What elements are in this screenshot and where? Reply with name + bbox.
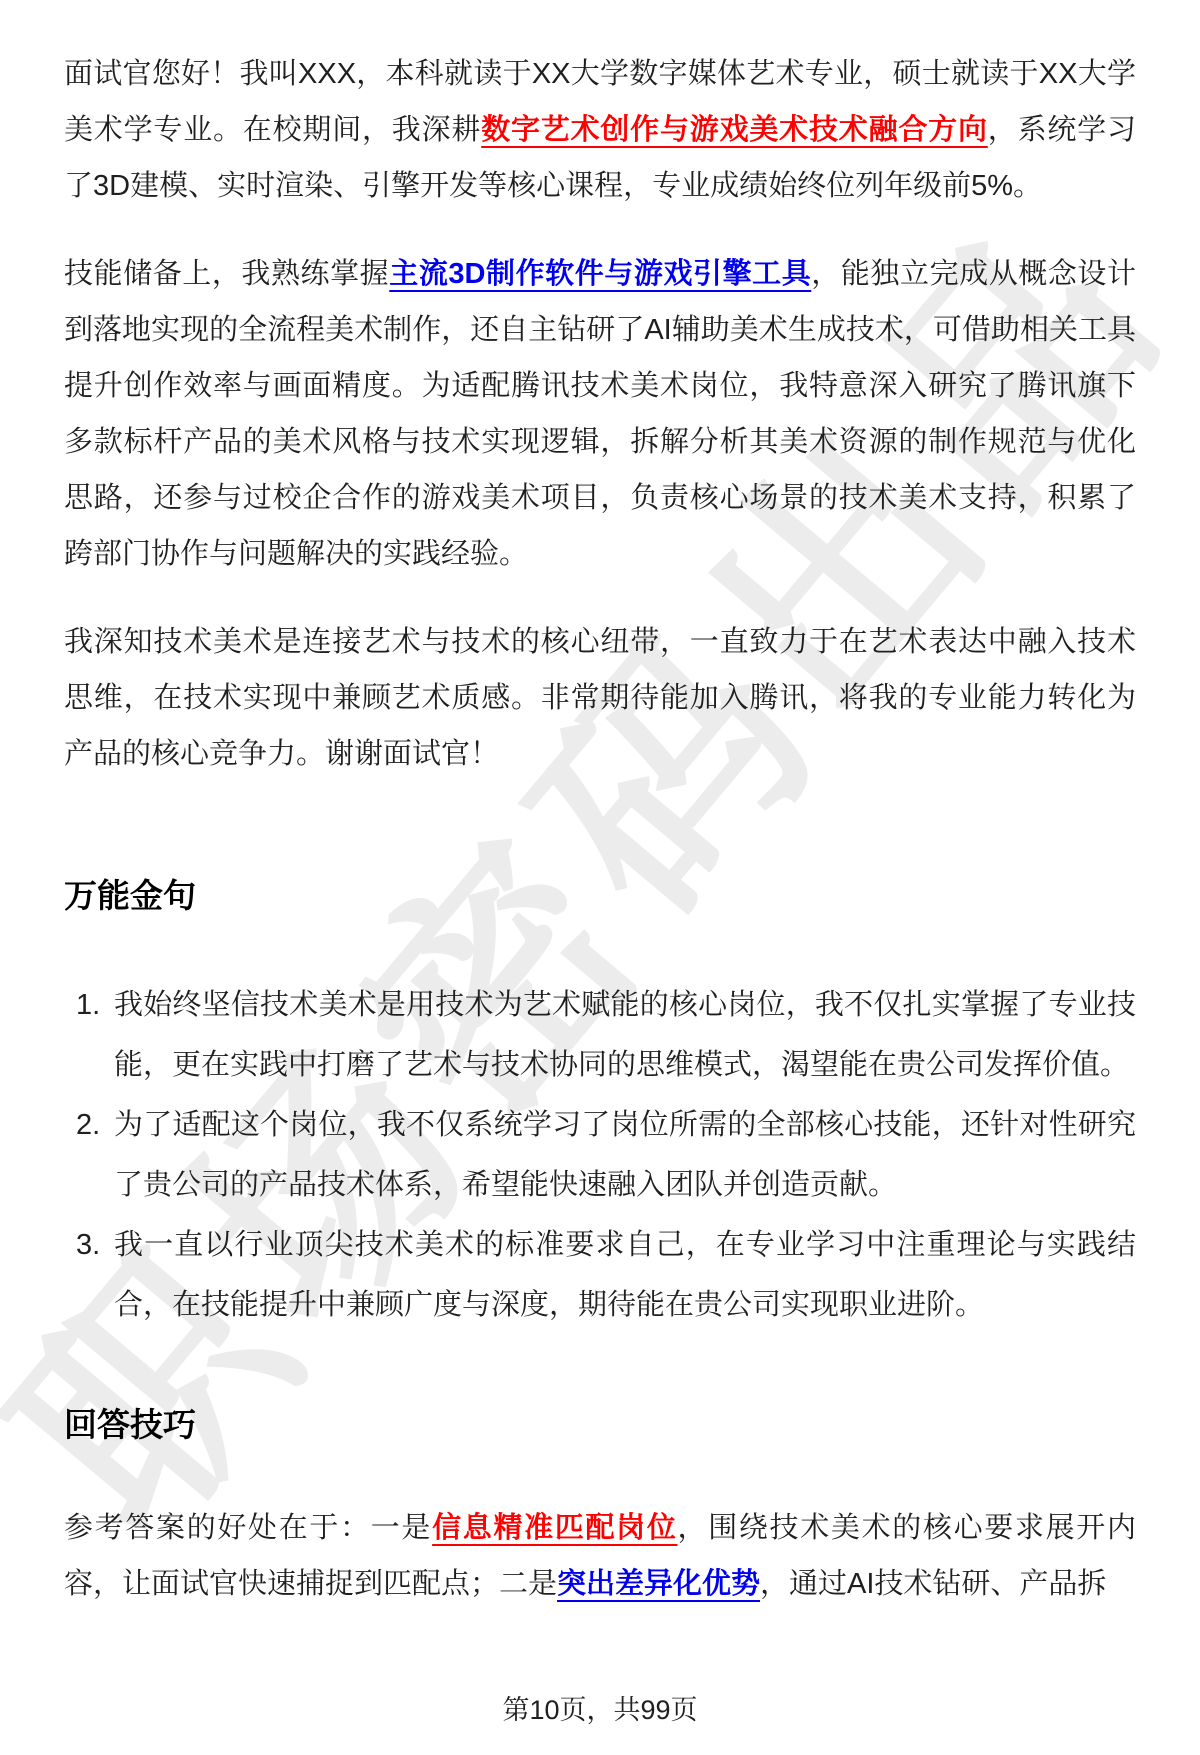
golden-sentences-heading: 万能金句 — [64, 870, 1136, 917]
answer-tips-paragraph: 参考答案的好处在于：一是信息精准匹配岗位，围绕技术美术的核心要求展开内容，让面试… — [64, 1500, 1136, 1612]
tips-highlight-red: 信息精准匹配岗位 — [432, 1512, 677, 1544]
skills-text-after: ，能独立完成从概念设计到落地实现的全流程美术制作，还自主钻研了AI辅助美术生成技… — [64, 258, 1136, 570]
list-item: 2. 为了适配这个岗位，我不仅系统学习了岗位所需的全部核心技能，还针对性研究了贵… — [64, 1095, 1136, 1215]
answer-tips-heading: 回答技巧 — [64, 1399, 1136, 1446]
page-footer: 第10页，共99页 — [0, 1688, 1200, 1727]
skills-highlight-blue: 主流3D制作软件与游戏引擎工具 — [389, 258, 811, 290]
document-page: 职场密码出品 面试官您好！我叫XXX，本科就读于XX大学数字媒体艺术专业，硕士就… — [0, 0, 1200, 1755]
list-item-text: 为了适配这个岗位，我不仅系统学习了岗位所需的全部核心技能，还针对性研究了贵公司的… — [114, 1095, 1136, 1215]
list-item-text: 我始终坚信技术美术是用技术为艺术赋能的核心岗位，我不仅扎实掌握了专业技能，更在实… — [114, 975, 1136, 1095]
intro-highlight-red: 数字艺术创作与游戏美术技术融合方向 — [481, 114, 988, 146]
list-item: 3. 我一直以行业顶尖技术美术的标准要求自己，在专业学习中注重理论与实践结合，在… — [64, 1215, 1136, 1335]
list-item-number: 2. — [64, 1095, 114, 1155]
list-item: 1. 我始终坚信技术美术是用技术为艺术赋能的核心岗位，我不仅扎实掌握了专业技能，… — [64, 975, 1136, 1095]
golden-sentences-list: 1. 我始终坚信技术美术是用技术为艺术赋能的核心岗位，我不仅扎实掌握了专业技能，… — [64, 975, 1136, 1335]
tips-text-after: ，通过AI技术钻研、产品拆 — [760, 1568, 1106, 1600]
list-item-text: 我一直以行业顶尖技术美术的标准要求自己，在专业学习中注重理论与实践结合，在技能提… — [114, 1215, 1136, 1335]
intro-paragraph: 面试官您好！我叫XXX，本科就读于XX大学数字媒体艺术专业，硕士就读于XX大学美… — [64, 46, 1136, 214]
tips-highlight-blue: 突出差异化优势 — [557, 1568, 760, 1600]
list-item-number: 3. — [64, 1215, 114, 1275]
tips-text-before: 参考答案的好处在于：一是 — [64, 1512, 432, 1544]
list-item-number: 1. — [64, 975, 114, 1035]
closing-paragraph: 我深知技术美术是连接艺术与技术的核心纽带，一直致力于在艺术表达中融入技术思维，在… — [64, 614, 1136, 782]
skills-text-before: 技能储备上，我熟练掌握 — [64, 258, 389, 290]
skills-paragraph: 技能储备上，我熟练掌握主流3D制作软件与游戏引擎工具，能独立完成从概念设计到落地… — [64, 246, 1136, 582]
document-content: 面试官您好！我叫XXX，本科就读于XX大学数字媒体艺术专业，硕士就读于XX大学美… — [0, 0, 1200, 1644]
